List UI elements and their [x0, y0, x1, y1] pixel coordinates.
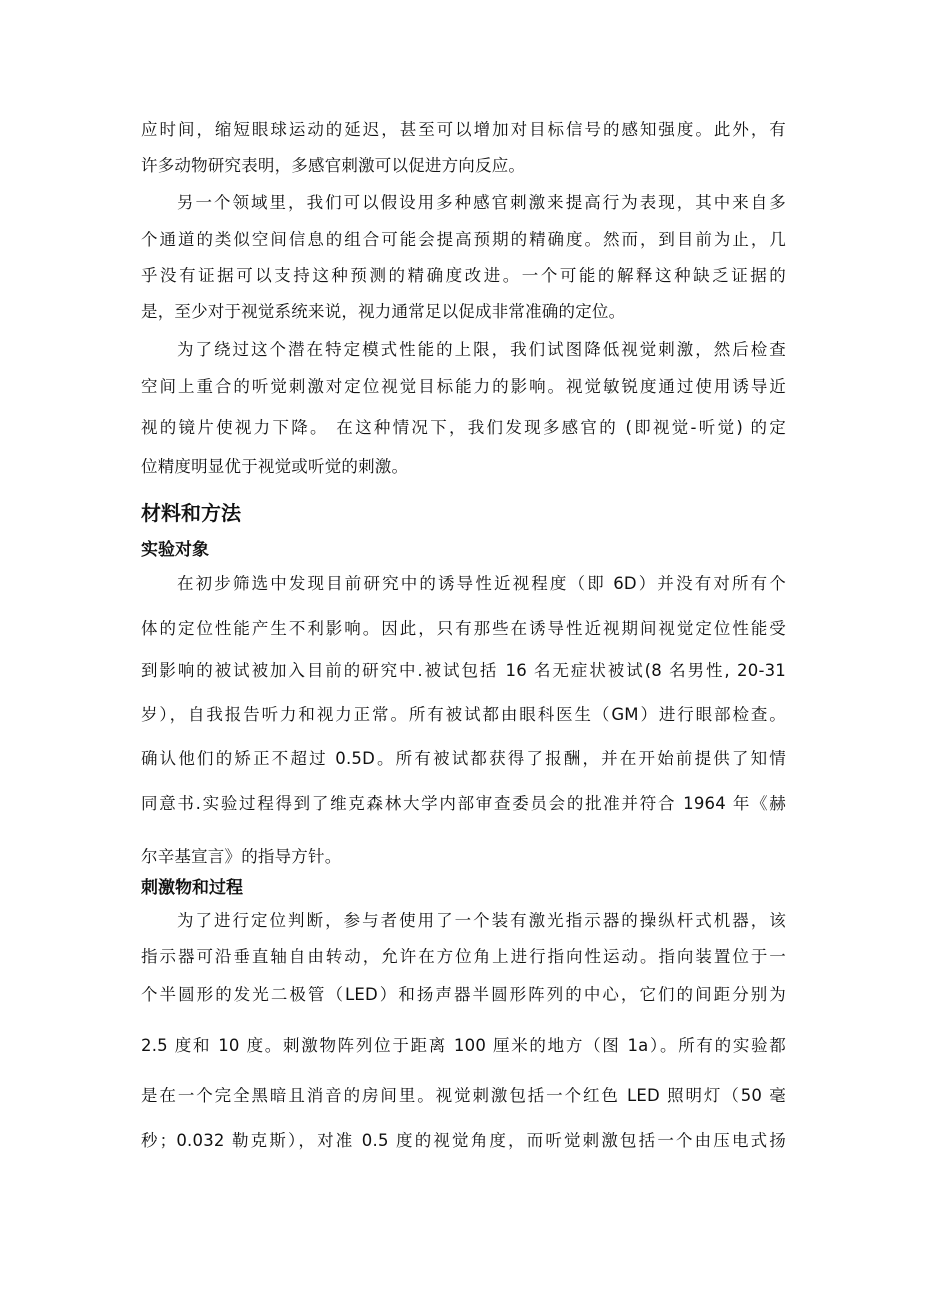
paragraph-line: 体的定位性能产生不利影响。因此，只有那些在诱导性近视期间视觉定位性能受: [141, 617, 786, 641]
paragraph-line: 是，至少对于视觉系统来说，视力通常足以促成非常准确的定位。: [141, 300, 786, 324]
subsection-heading: 实验对象: [141, 538, 209, 562]
paragraph-line: 为了进行定位判断，参与者使用了一个装有激光指示器的操纵杆式机器，该: [177, 909, 786, 933]
paragraph-line: 位精度明显优于视觉或听觉的刺激。: [141, 455, 786, 479]
paragraph-line: 另一个领域里，我们可以假设用多种感官刺激来提高行为表现，其中来自多: [177, 191, 786, 215]
paragraph-line: 指示器可沿垂直轴自由转动，允许在方位角上进行指向性运动。指向装置位于一: [141, 945, 786, 969]
subsection-heading: 刺激物和过程: [141, 876, 243, 900]
paragraph-line: 2.5 度和 10 度。刺激物阵列位于距离 100 厘米的地方（图 1a）。所有…: [141, 1034, 786, 1058]
paragraph-line: 尔辛基宣言》的指导方针。: [141, 845, 786, 869]
paragraph-line: 个半圆形的发光二极管（LED）和扬声器半圆形阵列的中心，它们的间距分别为: [141, 983, 786, 1007]
paragraph-line: 个通道的类似空间信息的组合可能会提高预期的精确度。然而，到目前为止，几: [141, 228, 786, 252]
paragraph-line: 为了绕过这个潜在特定模式性能的上限，我们试图降低视觉刺激，然后检查: [177, 338, 786, 362]
paragraph-line: 许多动物研究表明，多感官刺激可以促进方向反应。: [141, 154, 786, 178]
paragraph-line: 在初步筛选中发现目前研究中的诱导性近视程度（即 6D）并没有对所有个: [177, 572, 786, 596]
paragraph-line: 到影响的被试被加入目前的研究中.被试包括 16 名无症状被试(8 名男性, 20…: [141, 659, 786, 683]
paragraph-line: 乎没有证据可以支持这种预测的精确度改进。一个可能的解释这种缺乏证据的: [141, 264, 786, 288]
paragraph-line: 视的镜片使视力下降。 在这种情况下，我们发现多感官的 (即视觉-听觉) 的定: [141, 416, 786, 440]
paragraph-line: 应时间，缩短眼球运动的延迟，甚至可以增加对目标信号的感知强度。此外，有: [141, 118, 786, 142]
paragraph-line: 同意书.实验过程得到了维克森林大学内部审查委员会的批准并符合 1964 年《赫: [141, 792, 786, 816]
section-heading: 材料和方法: [141, 500, 241, 526]
paragraph-line: 是在一个完全黑暗且消音的房间里。视觉刺激包括一个红色 LED 照明灯（50 毫: [141, 1084, 786, 1108]
paragraph-line: 岁），自我报告听力和视力正常。所有被试都由眼科医生（GM）进行眼部检查。: [141, 703, 786, 727]
paragraph-line: 秒；0.032 勒克斯），对准 0.5 度的视觉角度，而听觉刺激包括一个由压电式…: [141, 1129, 786, 1153]
paragraph-line: 确认他们的矫正不超过 0.5D。所有被试都获得了报酬，并在开始前提供了知情: [141, 747, 786, 771]
paragraph-line: 空间上重合的听觉刺激对定位视觉目标能力的影响。视觉敏锐度通过使用诱导近: [141, 375, 786, 399]
